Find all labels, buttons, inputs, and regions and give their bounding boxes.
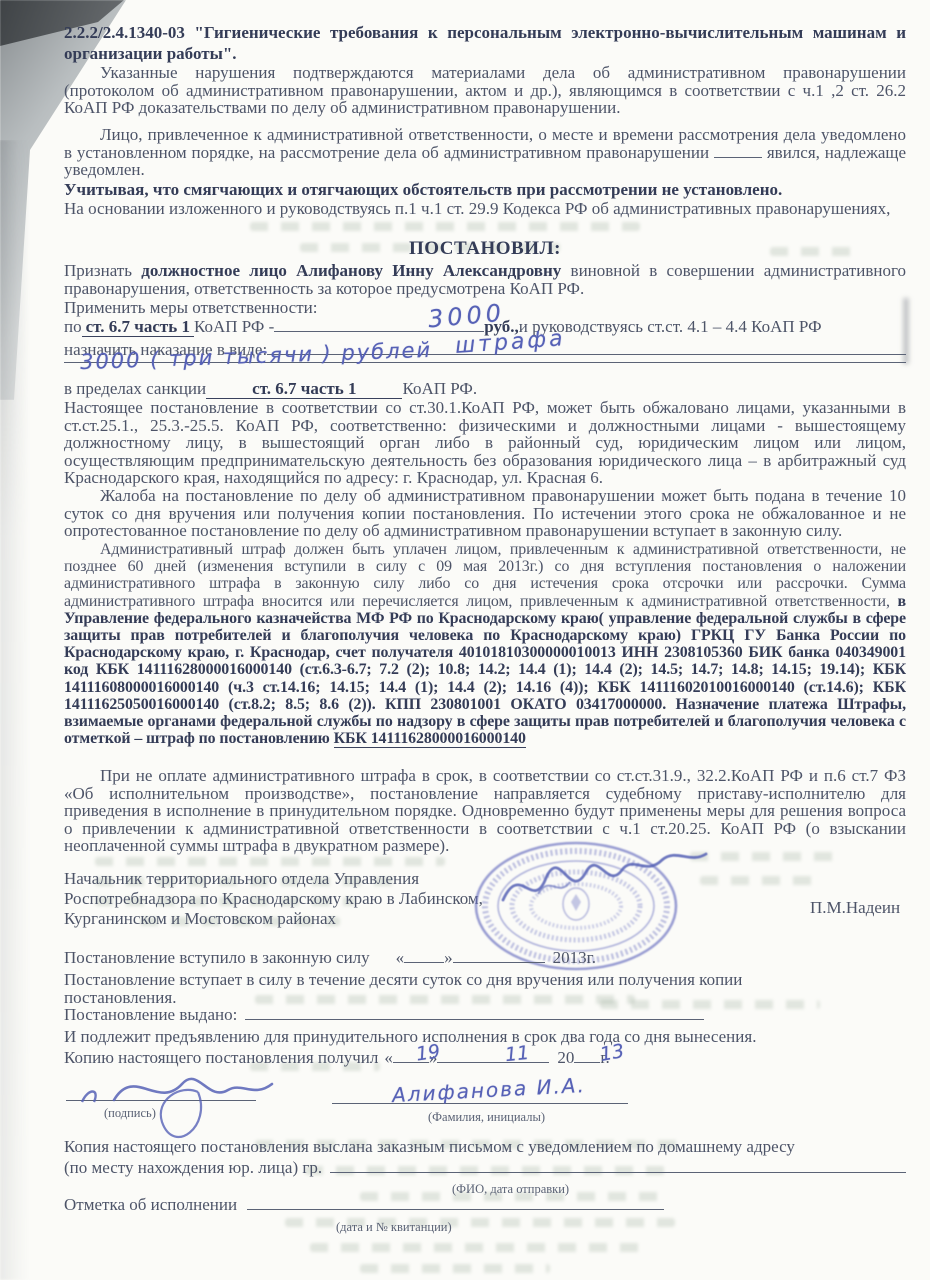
copy-received-label: Копию настоящего постановления получил bbox=[64, 1049, 378, 1067]
caption-signature: (подпись) bbox=[104, 1106, 156, 1121]
paragraph-complaint-term: Жалоба на постановление по делу об админ… bbox=[64, 487, 906, 540]
paragraph-complaint-text: Жалоба на постановление по делу об админ… bbox=[64, 486, 906, 540]
recipient-blank-line bbox=[330, 1160, 906, 1173]
sanction-article: ст. 6.7 часть 1 bbox=[206, 380, 402, 399]
caption-surname-text: (Фамилия, инициалы) bbox=[428, 1110, 545, 1124]
signature-blank-line bbox=[66, 1100, 256, 1101]
ghost-text-artifact bbox=[310, 1243, 640, 1252]
ghost-text-artifact bbox=[250, 222, 640, 231]
paragraph-legal-basis-text: На основании изложенного и руководствуяс… bbox=[64, 199, 890, 218]
official-title-text1: Начальник территориального отдела Управл… bbox=[64, 869, 419, 888]
entry-force-year: 2013г. bbox=[553, 949, 596, 967]
paragraph-enforcement: И подлежит предъявлению для принудительн… bbox=[64, 1028, 906, 1046]
sanction-prefix-text: в пределах санкции bbox=[64, 380, 206, 398]
payment-plain-text: Административный штраф должен быть уплач… bbox=[64, 541, 906, 610]
koap-label: КоАП РФ - bbox=[194, 318, 274, 336]
paragraph-mitigating: Учитывая, что смягчающих и отягчающих об… bbox=[64, 181, 906, 199]
paragraph-appeal-rights: Настоящее постановление в соответствии с… bbox=[64, 399, 906, 487]
paragraph-enforcement-text: И подлежит предъявлению для принудительн… bbox=[64, 1027, 756, 1046]
paragraph-priznat: Признать должностное лицо Алифанову Инну… bbox=[64, 262, 906, 297]
handwritten-recipient-name: Алифанова И.А. bbox=[392, 1073, 587, 1107]
caption-receipt-text: (дата и № квитанции) bbox=[336, 1220, 452, 1234]
po-prefix-text: по bbox=[64, 318, 82, 336]
paragraph-effect-text: Постановление вступает в силу в течение … bbox=[64, 970, 742, 1007]
handwritten-year: 13 bbox=[598, 1040, 626, 1066]
kbk-number-underlined: КБК 14111628000016000140 bbox=[334, 730, 526, 748]
resolved-heading: ПОСТАНОВИЛ: bbox=[64, 240, 906, 258]
paragraph-violations-text: Указанные нарушения подтверждаются матер… bbox=[64, 63, 906, 117]
blank-line bbox=[714, 145, 762, 158]
offender-name: должностное лицо Алифанову Инну Александ… bbox=[141, 261, 561, 280]
copy-sent-text2: (по месту нахождения юр. лица) гр. bbox=[64, 1159, 322, 1177]
execution-blank-line bbox=[247, 1197, 664, 1210]
handwritten-month: 11 bbox=[504, 1042, 530, 1066]
sanction-line: в пределах санкции ст. 6.7 часть 1 КоАП … bbox=[64, 380, 906, 399]
entry-force-label: Постановление вступило в законную силу bbox=[64, 949, 370, 967]
quote-open: « bbox=[396, 949, 405, 967]
official-name-text: П.М.Надеин bbox=[810, 898, 900, 917]
ghost-text-artifact bbox=[95, 857, 445, 866]
execution-mark-line: Отметка об исполнении bbox=[64, 1196, 664, 1214]
execution-label: Отметка об исполнении bbox=[64, 1196, 237, 1214]
paragraph-payment-details: Административный штраф должен быть уплач… bbox=[64, 541, 906, 747]
caption-receipt: (дата и № квитанции) bbox=[336, 1220, 452, 1235]
official-name: П.М.Надеин bbox=[810, 898, 900, 918]
ghost-text-artifact bbox=[700, 876, 820, 885]
resolved-heading-text: ПОСТАНОВИЛ: bbox=[409, 238, 561, 259]
received-month-blank bbox=[437, 1050, 549, 1063]
issued-blank-line bbox=[245, 1007, 704, 1020]
apply-measures-text: Применить меры ответственности: bbox=[64, 298, 317, 317]
sanpin-clause-heading: 2.2.2/2.4.1340-03 "Гигиенические требова… bbox=[64, 22, 906, 64]
surname-blank-line bbox=[332, 1103, 628, 1104]
copy-received-line: Копию настоящего постановления получил «… bbox=[64, 1049, 906, 1067]
article-6-7-part-1: ст. 6.7 часть 1 bbox=[82, 318, 194, 337]
caption-signature-text: (подпись) bbox=[104, 1106, 156, 1120]
paragraph-violations: Указанные нарушения подтверждаются матер… bbox=[64, 64, 906, 117]
paragraph-legal-basis: На основании изложенного и руководствуяс… bbox=[64, 200, 906, 218]
scanned-resolution-document: 2.2.2/2.4.1340-03 "Гигиенические требова… bbox=[0, 0, 930, 1280]
priznat-prefix-text: Признать bbox=[64, 261, 141, 280]
sanpin-clause-text: 2.2.2/2.4.1340-03 "Гигиенические требова… bbox=[64, 23, 906, 63]
received-year-blank bbox=[574, 1050, 600, 1063]
ghost-text-artifact bbox=[360, 1264, 550, 1273]
sanction-suffix-text: КоАП РФ. bbox=[402, 380, 477, 398]
paragraph-appeal-text: Настоящее постановление в соответствии с… bbox=[64, 398, 906, 487]
caption-surname: (Фамилия, инициалы) bbox=[428, 1110, 545, 1125]
entry-force-day-blank bbox=[404, 950, 444, 963]
paragraph-person-notified: Лицо, привлеченное к административной от… bbox=[64, 126, 906, 179]
entry-force-line: Постановление вступило в законную силу «… bbox=[64, 949, 906, 967]
issued-line: Постановление выдано: bbox=[64, 1006, 704, 1024]
received-year-prefix: 20 bbox=[557, 1049, 574, 1067]
quote-close: » bbox=[444, 949, 453, 967]
issued-label: Постановление выдано: bbox=[64, 1006, 237, 1024]
caption-fio: (ФИО, дата отправки) bbox=[452, 1182, 569, 1197]
entry-force-month-blank bbox=[453, 950, 545, 963]
copy-sent-line1: Копия настоящего постановления выслана з… bbox=[64, 1138, 906, 1156]
caption-fio-text: (ФИО, дата отправки) bbox=[452, 1182, 569, 1196]
official-title-text2: Роспотребнадзора по Краснодарскому краю … bbox=[64, 889, 483, 908]
payment-requisites-text: в Управление федерального казначейства М… bbox=[64, 593, 906, 748]
copy-sent-text1: Копия настоящего постановления выслана з… bbox=[64, 1137, 795, 1156]
handwritten-day: 19 bbox=[415, 1040, 442, 1065]
paragraph-effect: Постановление вступает в силу в течение … bbox=[64, 971, 814, 1006]
scan-left-edge-artifact bbox=[0, 140, 30, 1280]
official-title-text3: Курганинском и Мостовском районах bbox=[64, 909, 336, 928]
paragraph-mitigating-text: Учитывая, что смягчающих и отягчающих об… bbox=[64, 180, 782, 199]
quote-open: « bbox=[384, 1049, 393, 1067]
copy-sent-line2: (по месту нахождения юр. лица) гр. bbox=[64, 1159, 906, 1177]
